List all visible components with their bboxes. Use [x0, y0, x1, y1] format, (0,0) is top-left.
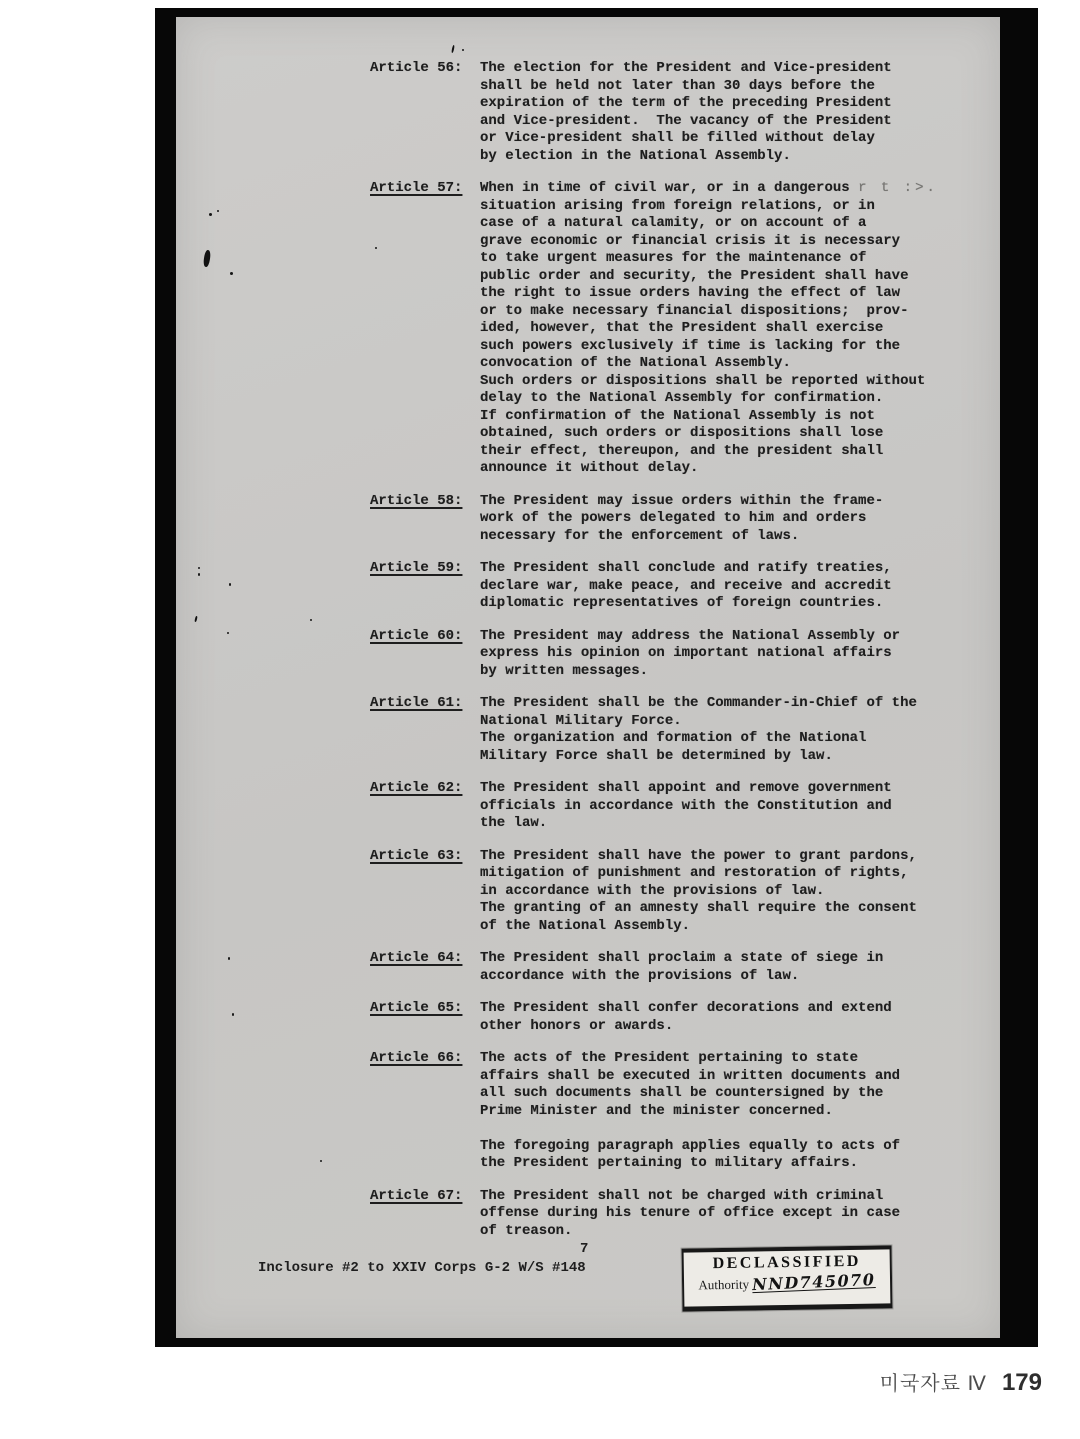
book-footer: 미국자료 Ⅳ 179 [880, 1367, 1042, 1397]
ink-speck [228, 957, 230, 960]
article-row: Article 61: The President shall be the C… [370, 695, 970, 765]
ink-speck [462, 49, 464, 51]
ink-speck [230, 272, 233, 275]
article-row: Article 60: The President may address th… [370, 628, 970, 681]
article-body: The President shall proclaim a state of … [480, 950, 883, 985]
article-label: Article 65: [370, 1000, 480, 1035]
article-body-rest: situation arising from foreign relations… [480, 198, 925, 477]
inclosure-line: Inclosure #2 to XXIV Corps G-2 W/S #148 [258, 1260, 586, 1276]
article-row: Article 65: The President shall confer d… [370, 1000, 970, 1035]
article-row: Article 59: The President shall conclude… [370, 560, 970, 613]
ink-speck [232, 1013, 234, 1016]
article-label: Article 56: [370, 60, 480, 165]
ink-speck [209, 213, 212, 216]
ink-speck [320, 1160, 322, 1162]
document-paper: Article 56: The election for the Preside… [176, 17, 1000, 1338]
article-body: The President shall not be charged with … [480, 1188, 900, 1241]
article-body: When in time of civil war, or in a dange… [480, 180, 938, 478]
article-body: The President shall have the power to gr… [480, 848, 917, 936]
article-row: Article 57: When in time of civil war, o… [370, 180, 970, 478]
stamp-authority-line: Authority NND745070 [684, 1271, 890, 1293]
article-body: The acts of the President pertaining to … [480, 1050, 900, 1173]
article-row: Article 56: The election for the Preside… [370, 60, 970, 165]
article-body: The election for the President and Vice-… [480, 60, 892, 165]
article-label: Article 58: [370, 493, 480, 546]
article-body: The President shall conclude and ratify … [480, 560, 892, 613]
ink-speck [229, 583, 231, 586]
article-row: Article 63: The President shall have the… [370, 848, 970, 936]
ink-speck [310, 619, 312, 621]
stamp-authority-label: Authority [698, 1277, 749, 1293]
article-body: The President shall be the Commander-in-… [480, 695, 917, 765]
declassified-stamp: DECLASSIFIED Authority NND745070 [682, 1245, 893, 1311]
ink-speck [227, 632, 229, 634]
scanned-document-frame: Article 56: The election for the Preside… [155, 8, 1038, 1347]
ink-speck [217, 210, 219, 212]
ink-smudge: r t :>. [858, 180, 938, 196]
book-footer-page-number: 179 [1002, 1369, 1042, 1397]
article-row: Article 62: The President shall appoint … [370, 780, 970, 833]
stamp-authority-number: NND745070 [752, 1270, 876, 1294]
article-row: Article 67: The President shall not be c… [370, 1188, 970, 1241]
article-label: Article 63: [370, 848, 480, 936]
article-label: Article 66: [370, 1050, 480, 1173]
book-footer-label: 미국자료 Ⅳ [880, 1367, 987, 1396]
article-label: Article 57: [370, 180, 480, 478]
document-text-column: Article 56: The election for the Preside… [370, 60, 970, 1255]
article-body: The President may issue orders within th… [480, 493, 883, 546]
article-row: Article 64: The President shall proclaim… [370, 950, 970, 985]
article-label: Article 61: [370, 695, 480, 765]
article-body: The President may address the National A… [480, 628, 900, 681]
scan-footer: 7 Inclosure #2 to XXIV Corps G-2 W/S #14… [176, 1241, 1000, 1351]
article-body: The President shall confer decorations a… [480, 1000, 892, 1035]
article-row: Article 58: The President may issue orde… [370, 493, 970, 546]
article-body-first-line: When in time of civil war, or in a dange… [480, 180, 858, 196]
ink-speck [194, 616, 197, 622]
article-label: Article 60: [370, 628, 480, 681]
article-row: Article 66: The acts of the President pe… [370, 1050, 970, 1173]
ink-speck [203, 250, 211, 268]
ink-speck [198, 567, 200, 569]
ink-speck [198, 573, 200, 576]
article-label: Article 67: [370, 1188, 480, 1241]
ink-speck [451, 45, 455, 53]
article-label: Article 64: [370, 950, 480, 985]
article-label: Article 62: [370, 780, 480, 833]
page-number: 7 [580, 1241, 588, 1257]
article-label: Article 59: [370, 560, 480, 613]
article-body: The President shall appoint and remove g… [480, 780, 892, 833]
